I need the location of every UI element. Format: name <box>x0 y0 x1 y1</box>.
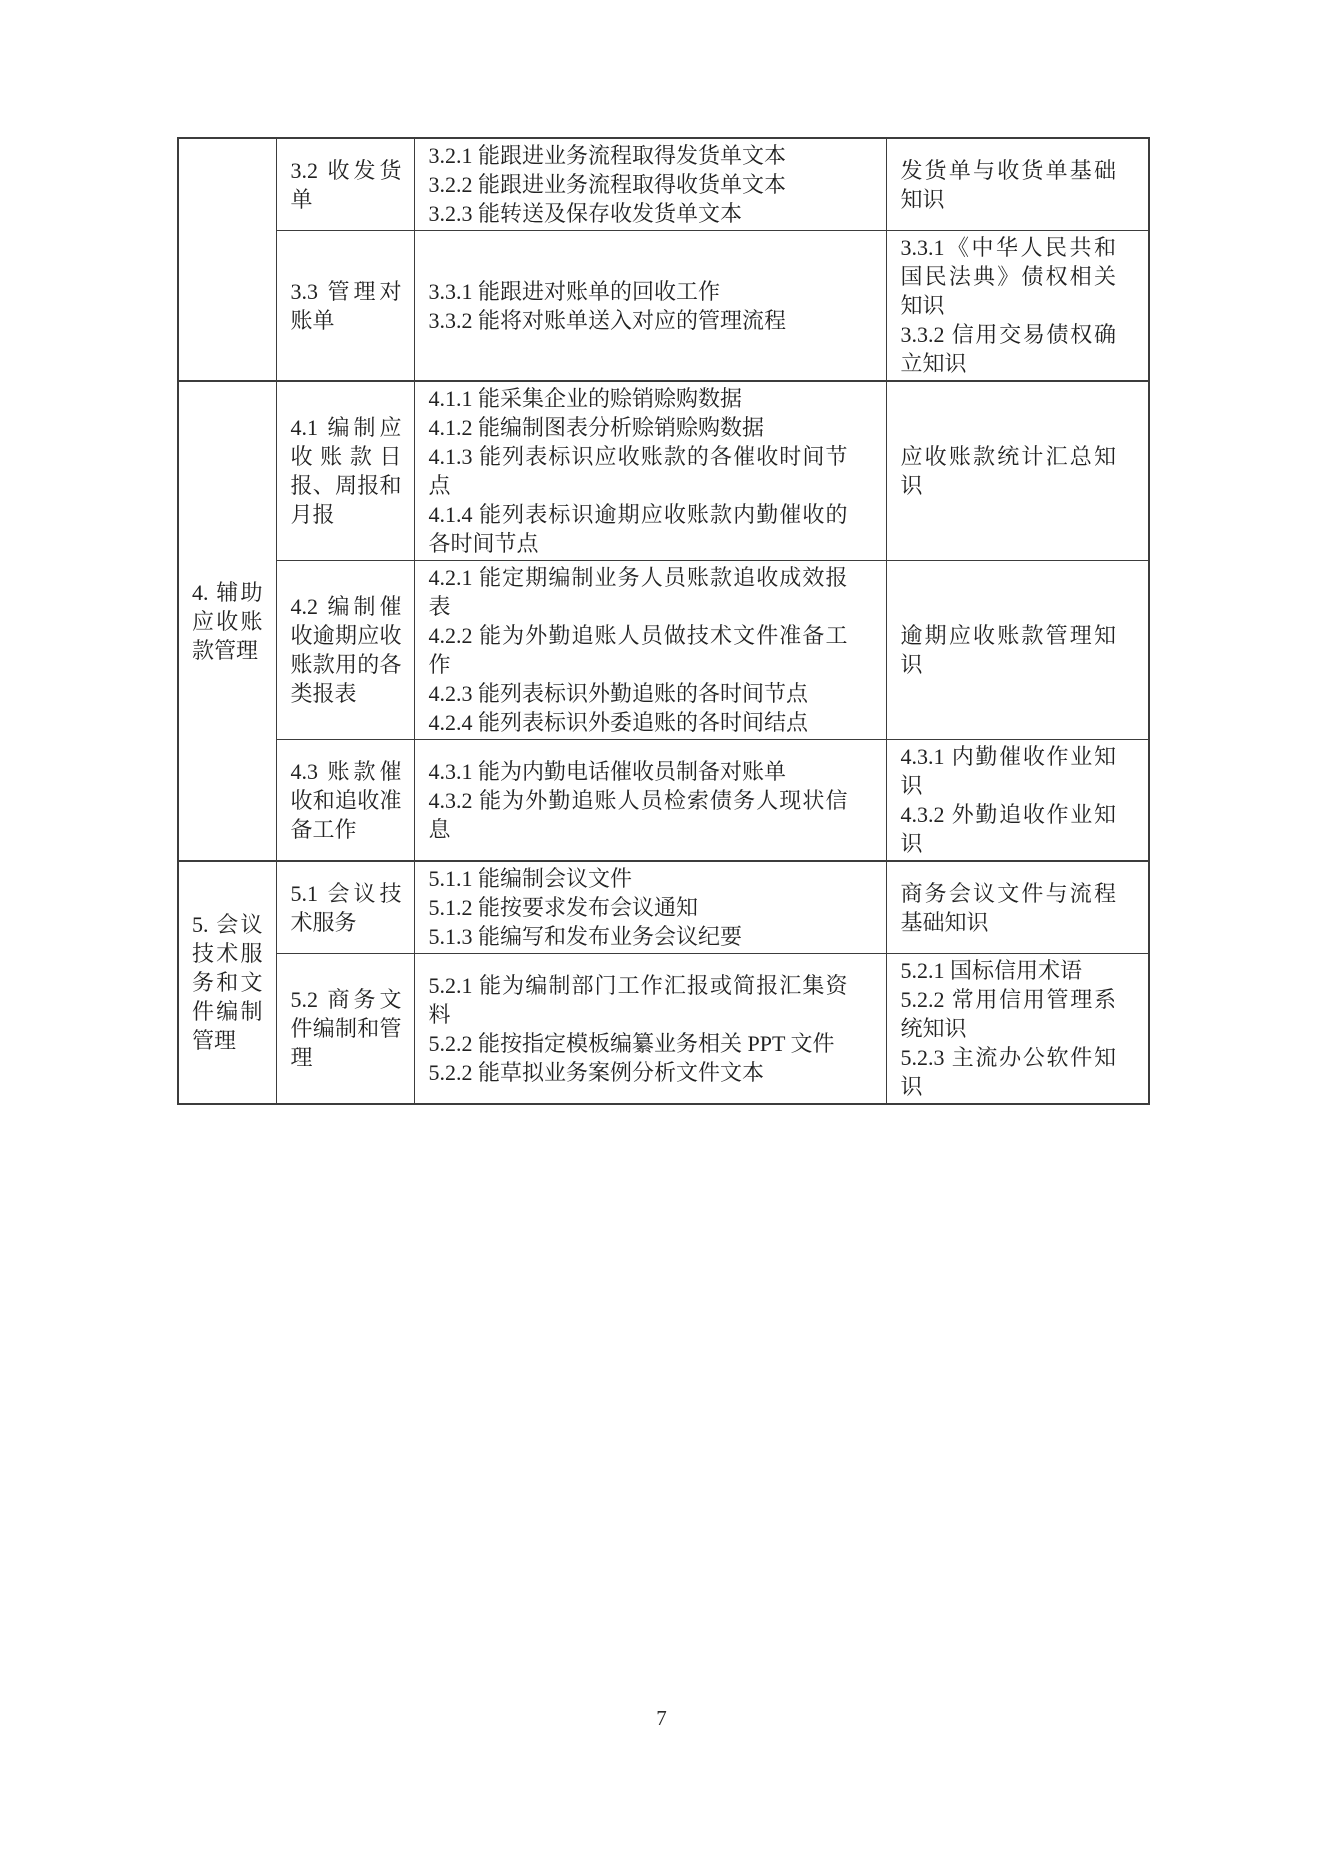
knowledge-requirements-cell: 5.2.1 国标信用术语 5.2.2 常用信用管理系统知识 5.2.3 主流办公… <box>886 954 1149 1105</box>
skill-requirements-cell: 4.1.1 能采集企业的赊销赊购数据 4.1.2 能编制图表分析赊销赊购数据 4… <box>414 381 886 561</box>
work-task-cell: 4.2 编制催收逾期应收账款用的各类报表 <box>276 561 414 740</box>
skill-item: 4.1.1 能采集企业的赊销赊购数据 <box>429 384 848 413</box>
skill-item: 5.1.2 能按要求发布会议通知 <box>429 893 848 922</box>
work-task-cell: 5.1 会议技术服务 <box>276 861 414 954</box>
skill-item: 5.1.3 能编写和发布业务会议纪要 <box>429 922 848 951</box>
knowledge-requirements-cell: 发货单与收货单基础知识 <box>886 138 1149 231</box>
work-task-cell: 4.3 账款催收和追收准备工作 <box>276 740 414 862</box>
job-function-cell <box>178 138 276 381</box>
knowledge-item: 4.3.2 外勤追收作业知识 <box>901 800 1117 858</box>
skill-item: 4.2.4 能列表标识外委追账的各时间结点 <box>429 708 848 737</box>
knowledge-item: 应收账款统计汇总知识 <box>901 442 1117 500</box>
table-row: 5.2 商务文件编制和管理 5.2.1 能为编制部门工作汇报或简报汇集资料 5.… <box>178 954 1149 1105</box>
skill-item: 4.2.3 能列表标识外勤追账的各时间节点 <box>429 679 848 708</box>
work-task-label: 5.1 会议技术服务 <box>291 879 402 937</box>
table-row: 3.2 收发货单 3.2.1 能跟进业务流程取得发货单文本 3.2.2 能跟进业… <box>178 138 1149 231</box>
skill-item: 4.1.4 能列表标识逾期应收账款内勤催收的各时间节点 <box>429 500 848 558</box>
knowledge-item: 商务会议文件与流程基础知识 <box>901 879 1117 937</box>
skill-requirements-cell: 4.2.1 能定期编制业务人员账款追收成效报表 4.2.2 能为外勤追账人员做技… <box>414 561 886 740</box>
skill-item: 3.2.1 能跟进业务流程取得发货单文本 <box>429 141 848 170</box>
job-function-label: 5. 会议技术服务和文件编制管理 <box>192 910 263 1055</box>
table-row: 3.3 管理对账单 3.3.1 能跟进对账单的回收工作 3.3.2 能将对账单送… <box>178 231 1149 382</box>
skill-item: 5.2.2 能按指定模板编纂业务相关 PPT 文件 <box>429 1029 848 1058</box>
page-number: 7 <box>0 1706 1323 1731</box>
table-row: 5. 会议技术服务和文件编制管理 5.1 会议技术服务 5.1.1 能编制会议文… <box>178 861 1149 954</box>
skill-item: 5.2.1 能为编制部门工作汇报或简报汇集资料 <box>429 971 848 1029</box>
skill-requirements-cell: 5.2.1 能为编制部门工作汇报或简报汇集资料 5.2.2 能按指定模板编纂业务… <box>414 954 886 1105</box>
work-task-label: 3.3 管理对账单 <box>291 277 402 335</box>
skill-requirements-cell: 4.3.1 能为内勤电话催收员制备对账单 4.3.2 能为外勤追账人员检索债务人… <box>414 740 886 862</box>
skill-requirements-cell: 3.3.1 能跟进对账单的回收工作 3.3.2 能将对账单送入对应的管理流程 <box>414 231 886 382</box>
knowledge-item: 4.3.1 内勤催收作业知识 <box>901 742 1117 800</box>
skill-item: 3.3.2 能将对账单送入对应的管理流程 <box>429 306 848 335</box>
skills-knowledge-table: 3.2 收发货单 3.2.1 能跟进业务流程取得发货单文本 3.2.2 能跟进业… <box>177 137 1150 1105</box>
skill-requirements-cell: 3.2.1 能跟进业务流程取得发货单文本 3.2.2 能跟进业务流程取得收货单文… <box>414 138 886 231</box>
skill-item: 3.2.3 能转送及保存收发货单文本 <box>429 199 848 228</box>
knowledge-requirements-cell: 逾期应收账款管理知识 <box>886 561 1149 740</box>
skill-item: 4.2.1 能定期编制业务人员账款追收成效报表 <box>429 563 848 621</box>
document-page: 3.2 收发货单 3.2.1 能跟进业务流程取得发货单文本 3.2.2 能跟进业… <box>0 0 1323 1871</box>
skill-item: 4.1.2 能编制图表分析赊销赊购数据 <box>429 413 848 442</box>
work-task-label: 4.1 编制应收账款日报、周报和月报 <box>291 413 402 529</box>
table-row: 4. 辅助应收账款管理 4.1 编制应收账款日报、周报和月报 4.1.1 能采集… <box>178 381 1149 561</box>
knowledge-requirements-cell: 4.3.1 内勤催收作业知识 4.3.2 外勤追收作业知识 <box>886 740 1149 862</box>
skill-item: 4.3.1 能为内勤电话催收员制备对账单 <box>429 757 848 786</box>
work-task-cell: 3.3 管理对账单 <box>276 231 414 382</box>
knowledge-item: 5.2.3 主流办公软件知识 <box>901 1043 1117 1101</box>
knowledge-requirements-cell: 3.3.1《中华人民共和国民法典》债权相关知识 3.3.2 信用交易债权确立知识 <box>886 231 1149 382</box>
skill-item: 5.1.1 能编制会议文件 <box>429 864 848 893</box>
work-task-label: 3.2 收发货单 <box>291 156 402 214</box>
skill-item: 5.2.2 能草拟业务案例分析文件文本 <box>429 1058 848 1087</box>
job-function-label: 4. 辅助应收账款管理 <box>192 578 263 665</box>
work-task-label: 4.2 编制催收逾期应收账款用的各类报表 <box>291 592 402 708</box>
table-row: 4.2 编制催收逾期应收账款用的各类报表 4.2.1 能定期编制业务人员账款追收… <box>178 561 1149 740</box>
work-task-label: 5.2 商务文件编制和管理 <box>291 985 402 1072</box>
table-row: 4.3 账款催收和追收准备工作 4.3.1 能为内勤电话催收员制备对账单 4.3… <box>178 740 1149 862</box>
work-task-cell: 3.2 收发货单 <box>276 138 414 231</box>
knowledge-item: 逾期应收账款管理知识 <box>901 621 1117 679</box>
work-task-cell: 5.2 商务文件编制和管理 <box>276 954 414 1105</box>
job-function-cell: 4. 辅助应收账款管理 <box>178 381 276 861</box>
job-function-cell: 5. 会议技术服务和文件编制管理 <box>178 861 276 1104</box>
knowledge-requirements-cell: 应收账款统计汇总知识 <box>886 381 1149 561</box>
skill-item: 3.2.2 能跟进业务流程取得收货单文本 <box>429 170 848 199</box>
knowledge-item: 5.2.2 常用信用管理系统知识 <box>901 985 1117 1043</box>
skill-item: 4.3.2 能为外勤追账人员检索债务人现状信息 <box>429 786 848 844</box>
work-task-cell: 4.1 编制应收账款日报、周报和月报 <box>276 381 414 561</box>
knowledge-item: 3.3.2 信用交易债权确立知识 <box>901 320 1117 378</box>
skill-requirements-cell: 5.1.1 能编制会议文件 5.1.2 能按要求发布会议通知 5.1.3 能编写… <box>414 861 886 954</box>
knowledge-requirements-cell: 商务会议文件与流程基础知识 <box>886 861 1149 954</box>
knowledge-item: 5.2.1 国标信用术语 <box>901 956 1117 985</box>
knowledge-item: 发货单与收货单基础知识 <box>901 156 1117 214</box>
knowledge-item: 3.3.1《中华人民共和国民法典》债权相关知识 <box>901 233 1117 320</box>
skill-item: 4.1.3 能列表标识应收账款的各催收时间节点 <box>429 442 848 500</box>
skill-item: 4.2.2 能为外勤追账人员做技术文件准备工作 <box>429 621 848 679</box>
work-task-label: 4.3 账款催收和追收准备工作 <box>291 757 402 844</box>
skill-item: 3.3.1 能跟进对账单的回收工作 <box>429 277 848 306</box>
